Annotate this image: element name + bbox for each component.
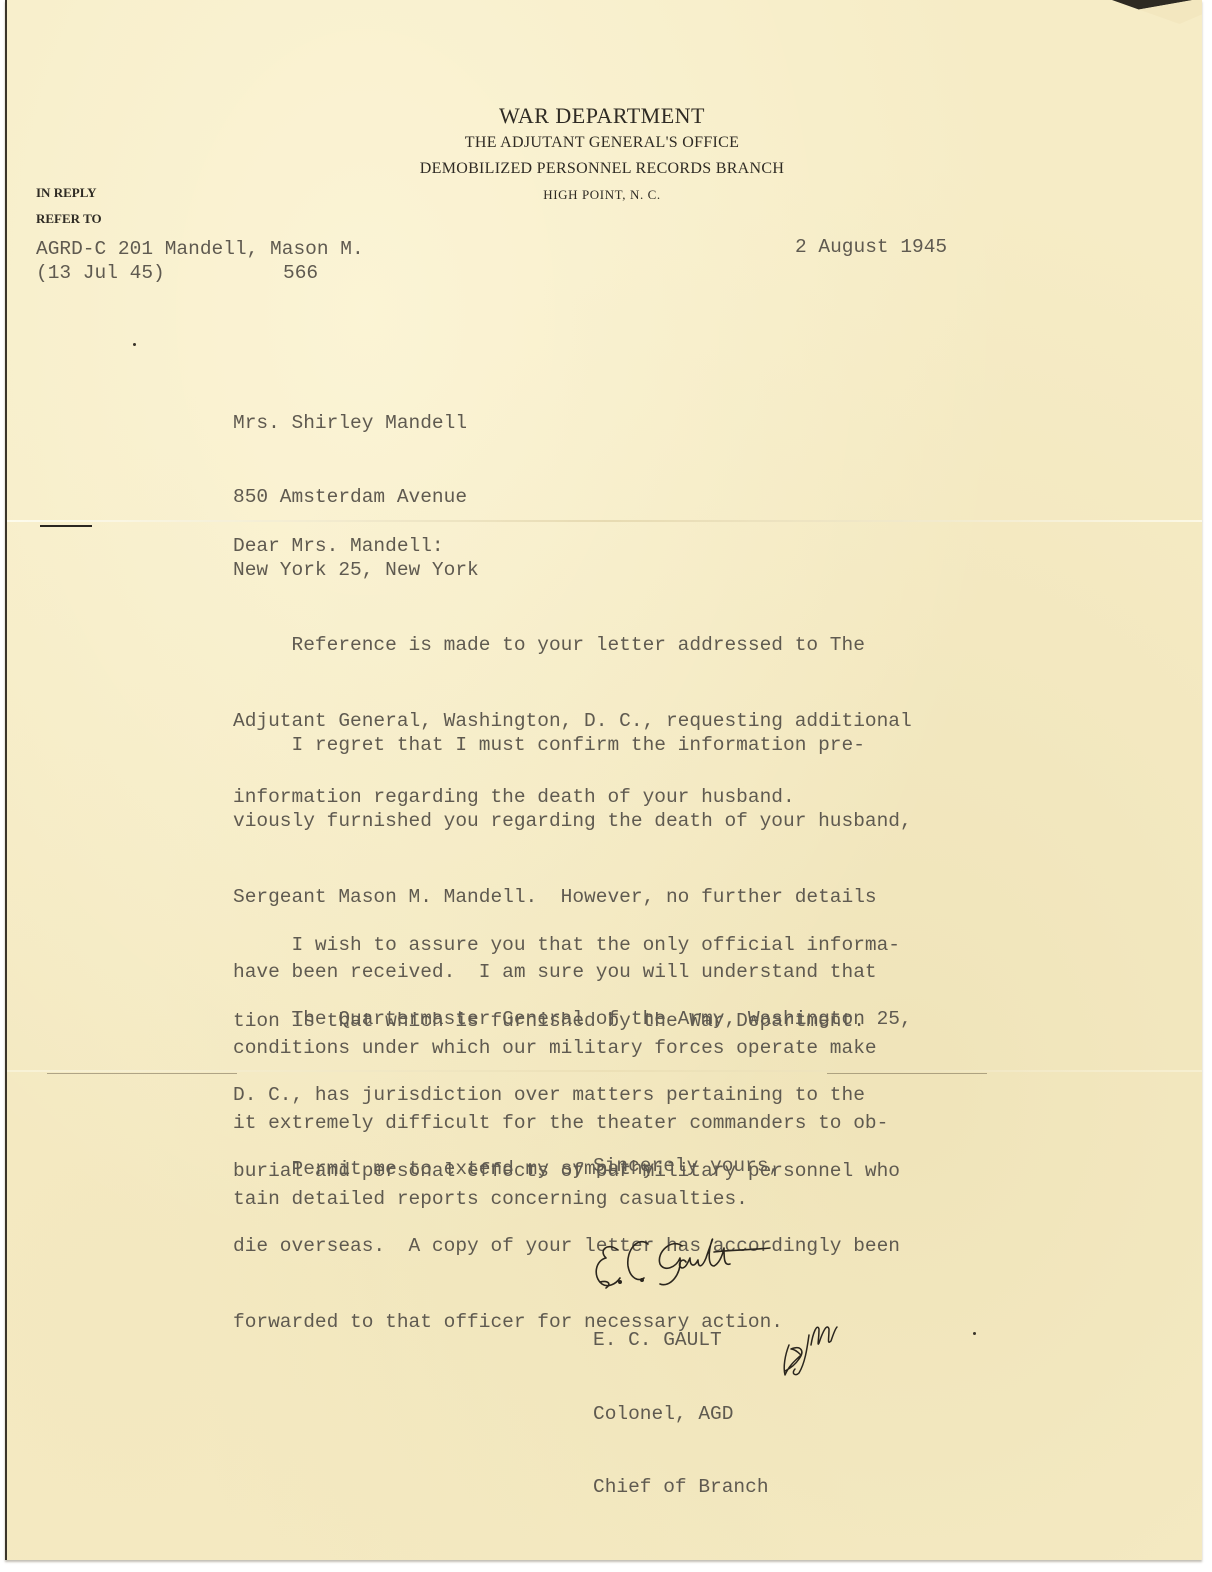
recipient-street: 850 Amsterdam Avenue [233,485,479,510]
signature-block: E. C. GAULT Colonel, AGD Chief of Branch [593,1279,769,1524]
ink-speck [133,343,136,346]
recipient-address: Mrs. Shirley Mandell 850 Amsterdam Avenu… [233,362,479,607]
signatory-rank: Colonel, AGD [593,1402,769,1427]
reference-date: (13 Jul 45) [36,262,165,284]
letterhead: WAR DEPARTMENT THE ADJUTANT GENERAL'S OF… [0,102,1208,208]
reference-number: 566 [283,262,318,284]
handwritten-initials [775,1315,845,1380]
letterhead-title: WAR DEPARTMENT [0,102,1208,130]
file-code: AGRD-C 201 Mandell, Mason M. [36,238,364,260]
letter-date: 2 August 1945 [795,236,947,258]
paragraph-line: Reference is made to your letter address… [233,633,993,658]
reply-label-line2: REFER TO [36,206,102,232]
crease-shadow [47,1073,237,1074]
letterhead-office: THE ADJUTANT GENERAL'S OFFICE [0,130,1208,156]
reply-reference-label: IN REPLY REFER TO [36,180,102,232]
salutation: Dear Mrs. Mandell: [233,535,444,557]
letterhead-location: HIGH POINT, N. C. [0,182,1208,208]
paragraph-line: I wish to assure you that the only offic… [233,933,993,958]
letterhead-branch: DEMOBILIZED PERSONNEL RECORDS BRANCH [0,156,1208,182]
paragraph-line: D. C., has jurisdiction over matters per… [233,1083,993,1108]
paper-fold-crease [7,520,1202,522]
recipient-city: New York 25, New York [233,558,479,583]
recipient-name: Mrs. Shirley Mandell [233,411,479,436]
paragraph-line: I regret that I must confirm the informa… [233,733,993,758]
signatory-title: Chief of Branch [593,1475,769,1500]
paragraph-line: The Quartermaster General of the Army, W… [233,1007,993,1032]
folded-corner [1112,0,1202,24]
paragraph-line: viously furnished you regarding the deat… [233,809,993,834]
reply-label-line1: IN REPLY [36,180,102,206]
closing: Sincerely yours, [593,1155,780,1177]
signatory-name: E. C. GAULT [593,1328,769,1353]
margin-tick-mark [40,525,92,527]
